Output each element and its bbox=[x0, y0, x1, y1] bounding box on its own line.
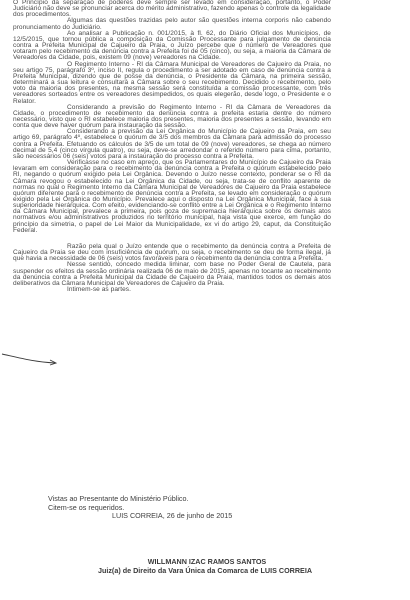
paragraph-separation-of-powers: O Princípio da separação de poderes deve… bbox=[13, 0, 331, 18]
paragraph-norm-conflict: Verificasse no caso em apreço, que os Pa… bbox=[13, 160, 331, 234]
document-page: O Princípio da separação de poderes deve… bbox=[0, 0, 410, 600]
paragraph-injunction: Nesse sentido, concedo medida liminar, c… bbox=[13, 262, 331, 287]
place-and-date: LUIS CORREIA, 26 de junho de 2015 bbox=[48, 512, 232, 521]
paragraph-lei-organica: Considerando a previsão da Lei Orgânica … bbox=[13, 129, 331, 160]
judge-name: WILLMANN IZAC RAMOS SANTOS bbox=[0, 557, 410, 566]
paragraph-ri-consideration: Considerando a previsão do Regimento Int… bbox=[13, 105, 331, 130]
judge-title: Juiz(a) de Direito da Vara Única da Coma… bbox=[0, 566, 410, 575]
handwritten-arrow-icon bbox=[0, 350, 60, 370]
paragraph-publication-analysis: Ao analisar a Publicação n. 001/2015, à … bbox=[13, 31, 331, 62]
signature-block: WILLMANN IZAC RAMOS SANTOS Juiz(a) de Di… bbox=[0, 557, 410, 575]
paragraph-interna-corporis: Algumas das questões trazidas pelo autor… bbox=[13, 18, 331, 30]
paragraph-notify-parties: Intimem-se as partes. bbox=[13, 287, 331, 293]
closing-block: Vistas ao Presentante do Ministério Públ… bbox=[48, 495, 232, 521]
document-body: O Princípio da separação de poderes deve… bbox=[13, 0, 331, 293]
paragraph-regimento-interno: O Regimento Interno - RI da Câmara Munic… bbox=[13, 62, 331, 105]
paragraph-conclusion: Razão pela qual o Juízo entende que o re… bbox=[13, 244, 331, 262]
